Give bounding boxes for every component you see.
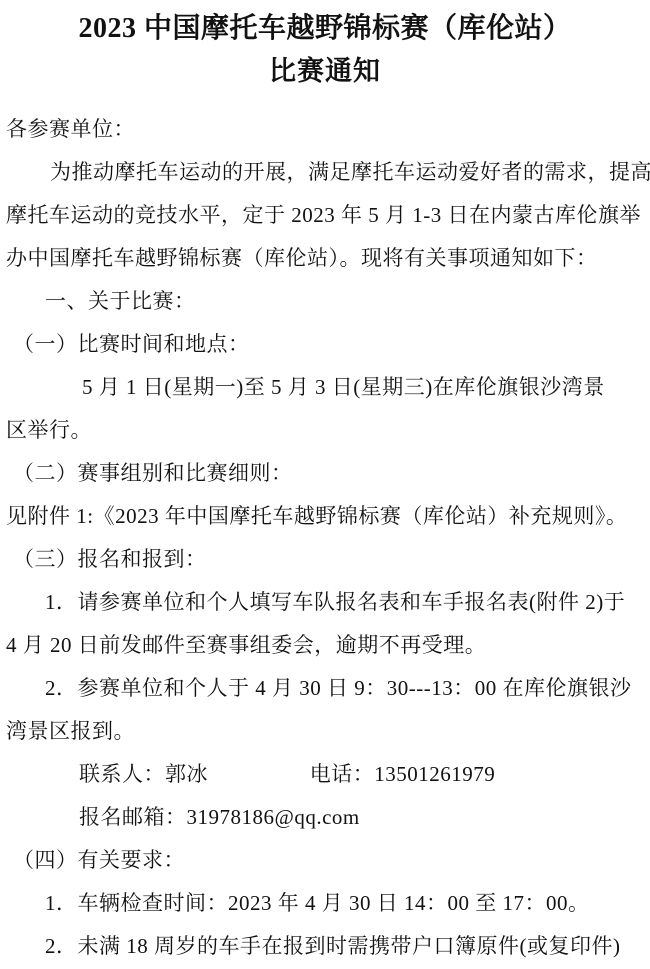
contact-phone: 电话：13501261979 [310,762,496,786]
contact-person: 联系人：郭冰 [79,762,208,786]
race-dates-line-2: 区举行。 [0,409,650,452]
intro-paragraph-line-3: 办中国摩托车越野锦标赛（库伦站）。现将有关事项通知如下： [0,237,650,280]
registration-item-2-line-1: 2．参赛单位和个人于 4 月 30 日 9：30---13：00 在库伦旗银沙 [0,667,650,710]
subsection-registration: （三）报名和报到： [0,538,650,581]
intro-paragraph-line-2: 摩托车运动的竞技水平，定于 2023 年 5 月 1-3 日在内蒙古库伦旗举 [0,194,650,237]
requirement-item-2: 2．未满 18 周岁的车手在报到时需携带户口簿原件(或复印件) [0,925,650,968]
subsection-requirements: （四）有关要求： [0,839,650,882]
attachment-reference-line: 见附件 1:《2023 年中国摩托车越野锦标赛（库伦站）补充规则》。 [0,495,650,538]
document-page: 2023 中国摩托车越野锦标赛（库伦站） 比赛通知 各参赛单位： 为推动摩托车运… [0,0,650,969]
section-heading-about-race: 一、关于比赛： [0,280,650,323]
registration-email-line: 报名邮箱：31978186@qq.com [0,796,650,839]
document-subtitle: 比赛通知 [0,48,650,94]
requirement-item-1: 1．车辆检查时间：2023 年 4 月 30 日 14：00 至 17：00。 [0,882,650,925]
salutation-line: 各参赛单位： [0,108,650,151]
race-dates-line-1: 5 月 1 日(星期一)至 5 月 3 日(星期三)在库伦旗银沙湾景 [0,366,650,409]
registration-item-1-line-1: 1．请参赛单位和个人填写车队报名表和车手报名表(附件 2)于 [0,581,650,624]
document-title: 2023 中国摩托车越野锦标赛（库伦站） [0,0,650,48]
registration-item-2-line-2: 湾景区报到。 [0,710,650,753]
subsection-groups-rules: （二）赛事组别和比赛细则： [0,452,650,495]
subsection-time-place: （一）比赛时间和地点： [0,323,650,366]
document-body: 各参赛单位： 为推动摩托车运动的开展，满足摩托车运动爱好者的需求，提高 摩托车运… [0,108,650,968]
registration-item-1-line-2: 4 月 20 日前发邮件至赛事组委会，逾期不再受理。 [0,624,650,667]
contact-line: 联系人：郭冰 电话：13501261979 [0,753,650,796]
intro-paragraph-line-1: 为推动摩托车运动的开展，满足摩托车运动爱好者的需求，提高 [0,151,650,194]
